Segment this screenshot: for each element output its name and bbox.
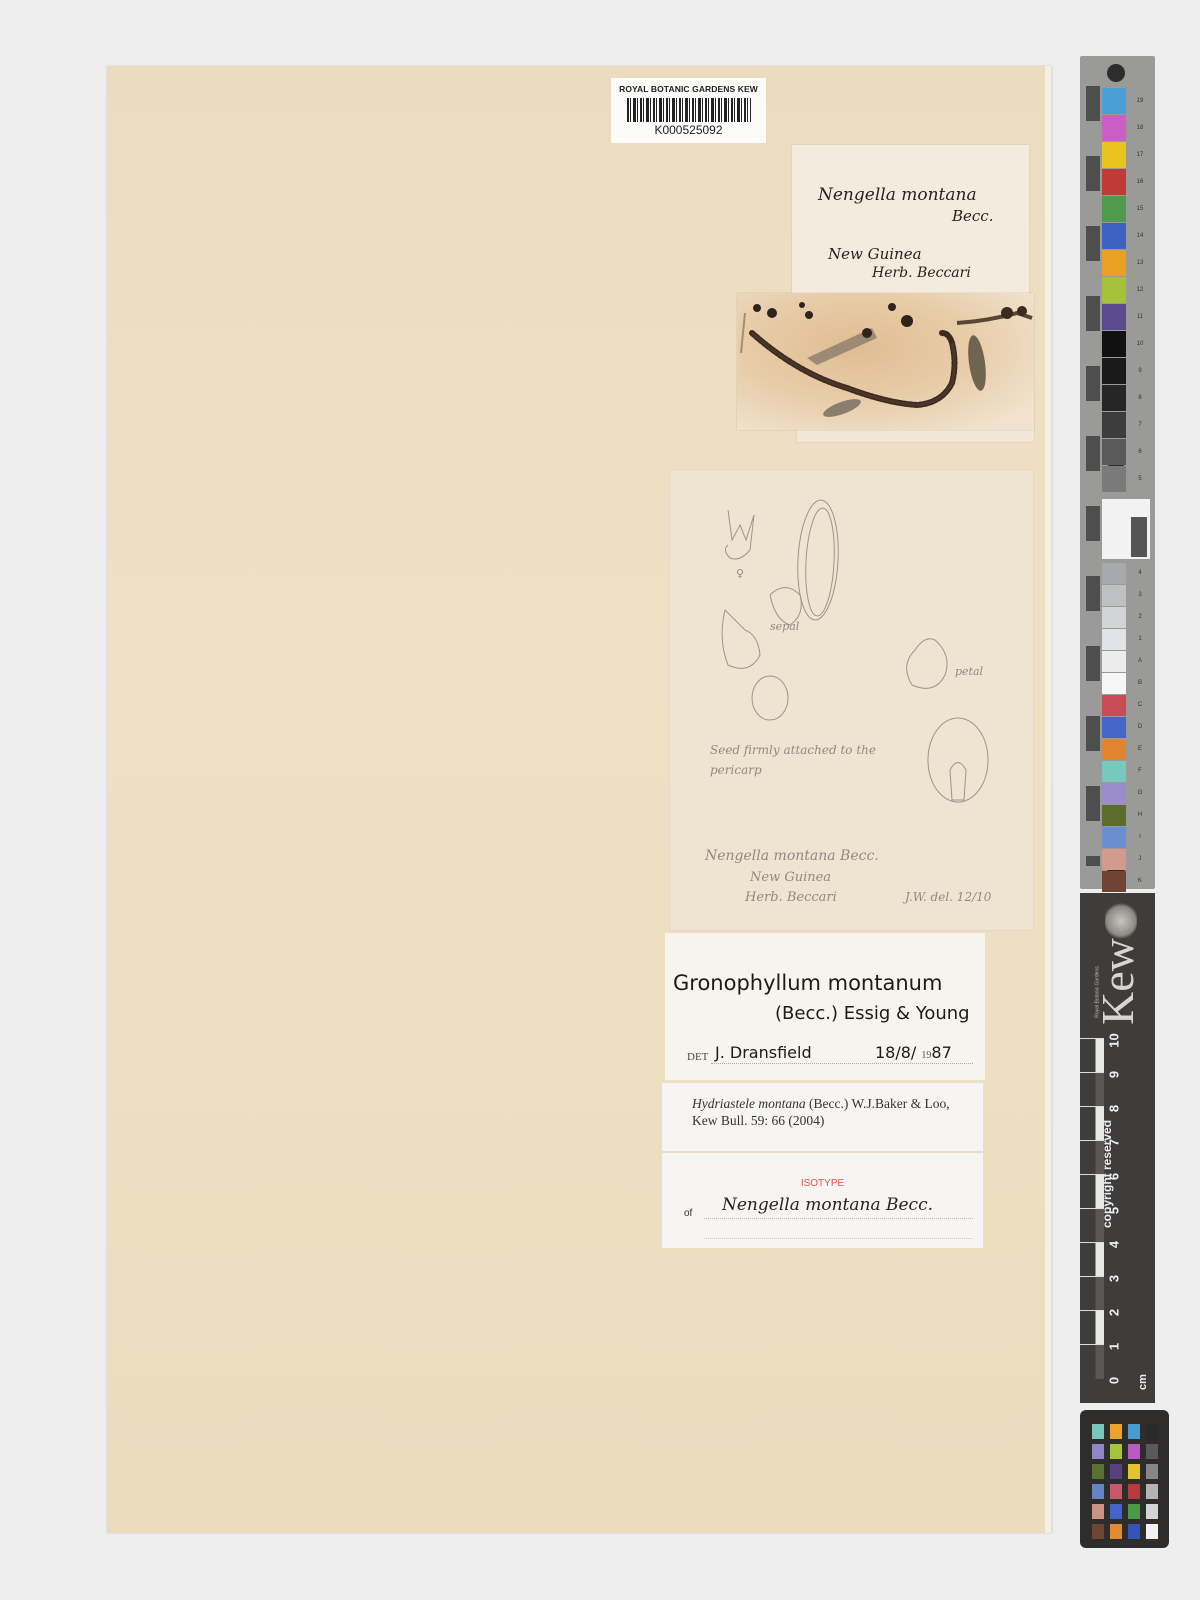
color-chip bbox=[1110, 1444, 1122, 1459]
scale-tick-label: 10 bbox=[1107, 1032, 1122, 1050]
color-swatch bbox=[1102, 358, 1126, 384]
det-name-line2: (Becc.) Essig & Young bbox=[775, 1003, 970, 1024]
color-swatch bbox=[1102, 169, 1126, 195]
unit-label: cm bbox=[1137, 1374, 1149, 1390]
swatch-number: 7 bbox=[1128, 422, 1152, 428]
color-chip bbox=[1110, 1484, 1122, 1499]
swatch-number: 8 bbox=[1128, 395, 1152, 401]
color-chip bbox=[1110, 1424, 1122, 1439]
color-chip bbox=[1128, 1484, 1140, 1499]
color-swatch bbox=[1102, 805, 1126, 826]
basionym-name: Nengella montana Becc. bbox=[722, 1195, 933, 1215]
color-swatch bbox=[1102, 585, 1126, 606]
color-swatch bbox=[1102, 717, 1126, 738]
color-swatch bbox=[1102, 385, 1126, 411]
swatch-number: E bbox=[1128, 746, 1152, 752]
color-swatch bbox=[1102, 761, 1126, 782]
color-chip bbox=[1092, 1424, 1104, 1439]
swatch-number: A bbox=[1128, 658, 1152, 664]
color-swatch bbox=[1102, 142, 1126, 168]
sketch-caption-name: Nengella montana Becc. bbox=[705, 848, 879, 864]
swatch-number: 16 bbox=[1128, 179, 1152, 185]
swatch-number: 2 bbox=[1128, 614, 1152, 620]
det-date: 18/8/ 1987 bbox=[875, 1043, 952, 1062]
det-prefix: DET bbox=[687, 1051, 708, 1063]
det-dotted-line bbox=[711, 1063, 973, 1064]
swatch-number: H bbox=[1128, 812, 1152, 818]
color-chip bbox=[1146, 1484, 1158, 1499]
color-chip bbox=[1110, 1524, 1122, 1539]
swatch-number: B bbox=[1128, 680, 1152, 686]
swatch-number: C bbox=[1128, 702, 1152, 708]
color-chip bbox=[1092, 1524, 1104, 1539]
original-label-name: Nengella montana bbox=[818, 185, 977, 205]
current-name-label: Hydriastele montana (Becc.) W.J.Baker & … bbox=[662, 1083, 983, 1151]
determiner-name: J. Dransfield bbox=[715, 1043, 812, 1062]
color-swatch bbox=[1102, 439, 1126, 465]
type-dotted-line-2 bbox=[704, 1238, 973, 1239]
det-year-suffix: 87 bbox=[931, 1043, 951, 1062]
female-symbol: ♀ bbox=[736, 567, 744, 580]
color-swatch bbox=[1102, 607, 1126, 628]
swatch-number: J bbox=[1128, 856, 1152, 862]
institution-name: ROYAL BOTANIC GARDENS KEW bbox=[611, 84, 766, 94]
color-swatch bbox=[1102, 466, 1126, 492]
kew-scale-bar: Kew Royal Botanic Gardens 012345678910 c… bbox=[1080, 893, 1155, 1403]
sketch-label-petal: petal bbox=[955, 665, 983, 678]
swatch-number: G bbox=[1128, 790, 1152, 796]
swatch-number: I bbox=[1128, 834, 1152, 840]
color-swatch bbox=[1102, 629, 1126, 650]
original-label-locality: New Guinea bbox=[828, 245, 922, 263]
current-name-species: Hydriastele montana bbox=[692, 1096, 806, 1111]
color-chip bbox=[1110, 1504, 1122, 1519]
swatch-number: 3 bbox=[1128, 592, 1152, 598]
specimen-fragments-icon bbox=[737, 293, 1034, 430]
original-label-herbarium: Herb. Beccari bbox=[872, 265, 971, 281]
color-swatch bbox=[1102, 250, 1126, 276]
swatch-number: K bbox=[1128, 878, 1152, 884]
determination-label: Gronophyllum montanum (Becc.) Essig & Yo… bbox=[665, 933, 985, 1080]
sketch-seed-note: Seed firmly attached to the pericarp bbox=[710, 740, 910, 780]
swatch-number: 5 bbox=[1128, 476, 1152, 482]
swatch-number: 9 bbox=[1128, 368, 1152, 374]
color-swatch bbox=[1102, 849, 1126, 870]
grayscale-inset bbox=[1102, 499, 1150, 559]
color-swatch bbox=[1102, 412, 1126, 438]
barcode-icon bbox=[627, 98, 751, 122]
swatch-number: 14 bbox=[1128, 233, 1152, 239]
color-chip bbox=[1146, 1524, 1158, 1539]
color-chip bbox=[1128, 1504, 1140, 1519]
color-chip bbox=[1092, 1444, 1104, 1459]
sketch-label-sepal: sepal bbox=[770, 620, 799, 633]
swatch-number: 6 bbox=[1128, 449, 1152, 455]
packet-flap bbox=[797, 428, 1034, 442]
color-chip bbox=[1092, 1484, 1104, 1499]
scale-tick-label: 0 bbox=[1107, 1372, 1122, 1390]
royal-crest-icon bbox=[1105, 903, 1137, 939]
kew-logo-subtext: Royal Botanic Gardens bbox=[1095, 966, 1101, 1017]
det-year-prefix: 19 bbox=[921, 1050, 931, 1061]
color-checker bbox=[1080, 1410, 1169, 1548]
color-chip bbox=[1110, 1464, 1122, 1479]
specimen-packet bbox=[737, 293, 1034, 430]
original-collection-label: Nengella montana Becc. New Guinea Herb. … bbox=[792, 145, 1029, 295]
swatch-number: F bbox=[1128, 768, 1152, 774]
scale-block bbox=[1080, 1344, 1104, 1379]
color-swatch bbox=[1102, 331, 1126, 357]
swatch-number: 13 bbox=[1128, 260, 1152, 266]
color-swatch bbox=[1102, 563, 1126, 584]
type-status: ISOTYPE bbox=[662, 1178, 983, 1189]
original-label-author: Becc. bbox=[952, 207, 993, 225]
scale-tick-label: 1 bbox=[1107, 1338, 1122, 1356]
sketch-caption-herbarium: Herb. Beccari bbox=[745, 890, 837, 905]
det-date-daymonth: 18/8/ bbox=[875, 1043, 916, 1062]
mount-hole-icon bbox=[1107, 64, 1125, 82]
color-swatch bbox=[1102, 695, 1126, 716]
swatch-number: 17 bbox=[1128, 152, 1152, 158]
swatch-number: 11 bbox=[1128, 314, 1152, 320]
scale-block bbox=[1080, 1276, 1104, 1311]
color-swatch bbox=[1102, 223, 1126, 249]
botanical-sketch-sheet: sepal petal ♀ Seed firmly attached to th… bbox=[670, 470, 1033, 930]
ruler-scale bbox=[1086, 86, 1100, 866]
color-swatch bbox=[1102, 196, 1126, 222]
color-chip bbox=[1146, 1504, 1158, 1519]
color-chip bbox=[1128, 1444, 1140, 1459]
scale-tick-label: 3 bbox=[1107, 1270, 1122, 1288]
swatch-number: 4 bbox=[1128, 570, 1152, 576]
color-chip bbox=[1128, 1524, 1140, 1539]
sketch-signature: J.W. del. 12/10 bbox=[905, 890, 991, 904]
color-chip bbox=[1128, 1464, 1140, 1479]
color-chip bbox=[1146, 1444, 1158, 1459]
color-swatch bbox=[1102, 871, 1126, 892]
current-name-text: Hydriastele montana (Becc.) W.J.Baker & … bbox=[692, 1095, 977, 1129]
color-swatch bbox=[1102, 783, 1126, 804]
color-reference-bar: 1918171615141312111098765 4321ABCDEFGHIJ… bbox=[1080, 56, 1155, 889]
barcode-number: K000525092 bbox=[611, 123, 766, 137]
swatch-number: 12 bbox=[1128, 287, 1152, 293]
color-swatch bbox=[1102, 277, 1126, 303]
color-swatch bbox=[1102, 88, 1126, 114]
color-swatch bbox=[1102, 739, 1126, 760]
copyright-text: copyright reserved bbox=[1100, 1048, 1114, 1228]
scale-tick-label: 4 bbox=[1107, 1236, 1122, 1254]
type-dotted-line bbox=[704, 1218, 973, 1219]
color-swatch bbox=[1102, 673, 1126, 694]
swatch-number: 19 bbox=[1128, 98, 1152, 104]
color-chip bbox=[1128, 1424, 1140, 1439]
color-swatch bbox=[1102, 304, 1126, 330]
swatch-number: D bbox=[1128, 724, 1152, 730]
scale-block bbox=[1080, 1310, 1104, 1345]
det-name-line1: Gronophyllum montanum bbox=[673, 971, 942, 995]
color-swatch bbox=[1102, 827, 1126, 848]
color-swatch bbox=[1102, 115, 1126, 141]
swatch-number: 18 bbox=[1128, 125, 1152, 131]
barcode-label: ROYAL BOTANIC GARDENS KEW K000525092 bbox=[611, 78, 766, 143]
color-chip bbox=[1146, 1464, 1158, 1479]
swatch-number: 15 bbox=[1128, 206, 1152, 212]
swatch-number: 10 bbox=[1128, 341, 1152, 347]
color-chip bbox=[1092, 1504, 1104, 1519]
scale-tick-label: 2 bbox=[1107, 1304, 1122, 1322]
sheet-edge bbox=[1045, 66, 1051, 1533]
sketch-caption-locality: New Guinea bbox=[750, 870, 831, 885]
color-chip bbox=[1092, 1464, 1104, 1479]
type-status-label: ISOTYPE of Nengella montana Becc. bbox=[662, 1153, 983, 1248]
color-chip bbox=[1146, 1424, 1158, 1439]
color-swatch bbox=[1102, 651, 1126, 672]
scale-block bbox=[1080, 1242, 1104, 1277]
swatch-number: 1 bbox=[1128, 636, 1152, 642]
type-of-text: of bbox=[684, 1208, 692, 1219]
